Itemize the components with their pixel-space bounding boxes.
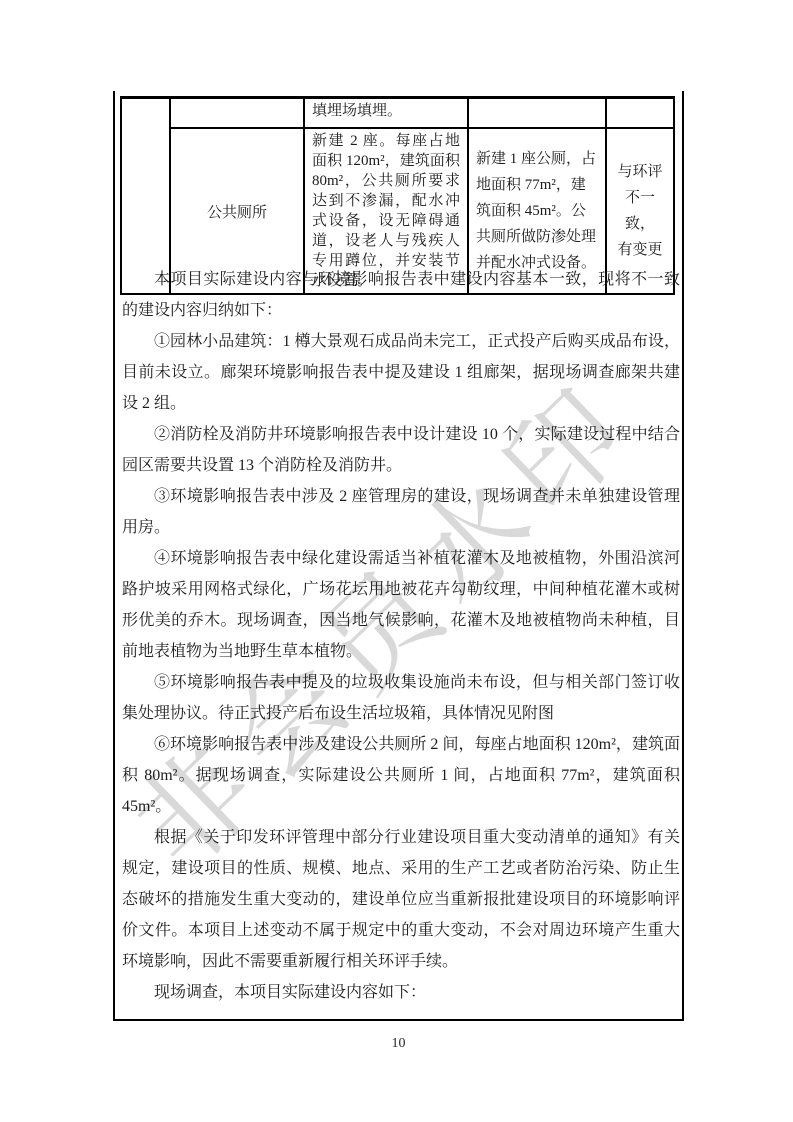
cell-actual-content: [468, 98, 606, 129]
body-text: 本项目实际建设内容与环境影响报告表中建设内容基本一致，现将不一致的建设内容归纳如…: [122, 264, 680, 1008]
cell-change-conclusion: [606, 98, 674, 129]
paragraph-survey-lead: 现场调查，本项目实际建设内容如下：: [122, 977, 680, 1008]
document-page: 非会员水印 填埋场填埋。 公共厕所 新建 2 座。每座占地面积 120m²，建筑…: [0, 0, 793, 1122]
page-number: 10: [113, 1036, 684, 1052]
paragraph-item-6: ⑥环境影响报告表中涉及建设公共厕所 2 间，每座占地面积 120m²，建筑面积 …: [122, 729, 680, 822]
paragraph-item-4: ④环境影响报告表中绿化建设需适当补植花灌木及地被植物，外围沿滨河路护坡采用网格式…: [122, 543, 680, 667]
paragraph-item-5: ⑤环境影响报告表中提及的垃圾收集设施尚未布设，但与相关部门签订收集处理协议。待正…: [122, 667, 680, 729]
table-row: 填埋场填埋。: [121, 98, 674, 129]
paragraph-regulation: 根据《关于印发环评管理中部分行业建设项目重大变动清单的通知》有关规定，建设项目的…: [122, 822, 680, 977]
paragraph-item-3: ③环境影响报告表中涉及 2 座管理房的建设，现场调查并未单独建设管理用房。: [122, 481, 680, 543]
paragraph-item-1: ①园林小品建筑：1 樽大景观石成品尚未完工，正式投产后购买成品布设，目前未设立。…: [122, 326, 680, 419]
paragraph-item-2: ②消防栓及消防井环境影响报告表中设计建设 10 个，实际建设过程中结合园区需要共…: [122, 419, 680, 481]
cell-facility-name: [170, 98, 304, 129]
paragraph-intro: 本项目实际建设内容与环境影响报告表中建设内容基本一致，现将不一致的建设内容归纳如…: [122, 264, 680, 326]
cell-eia-content: 填埋场填埋。: [304, 98, 468, 129]
